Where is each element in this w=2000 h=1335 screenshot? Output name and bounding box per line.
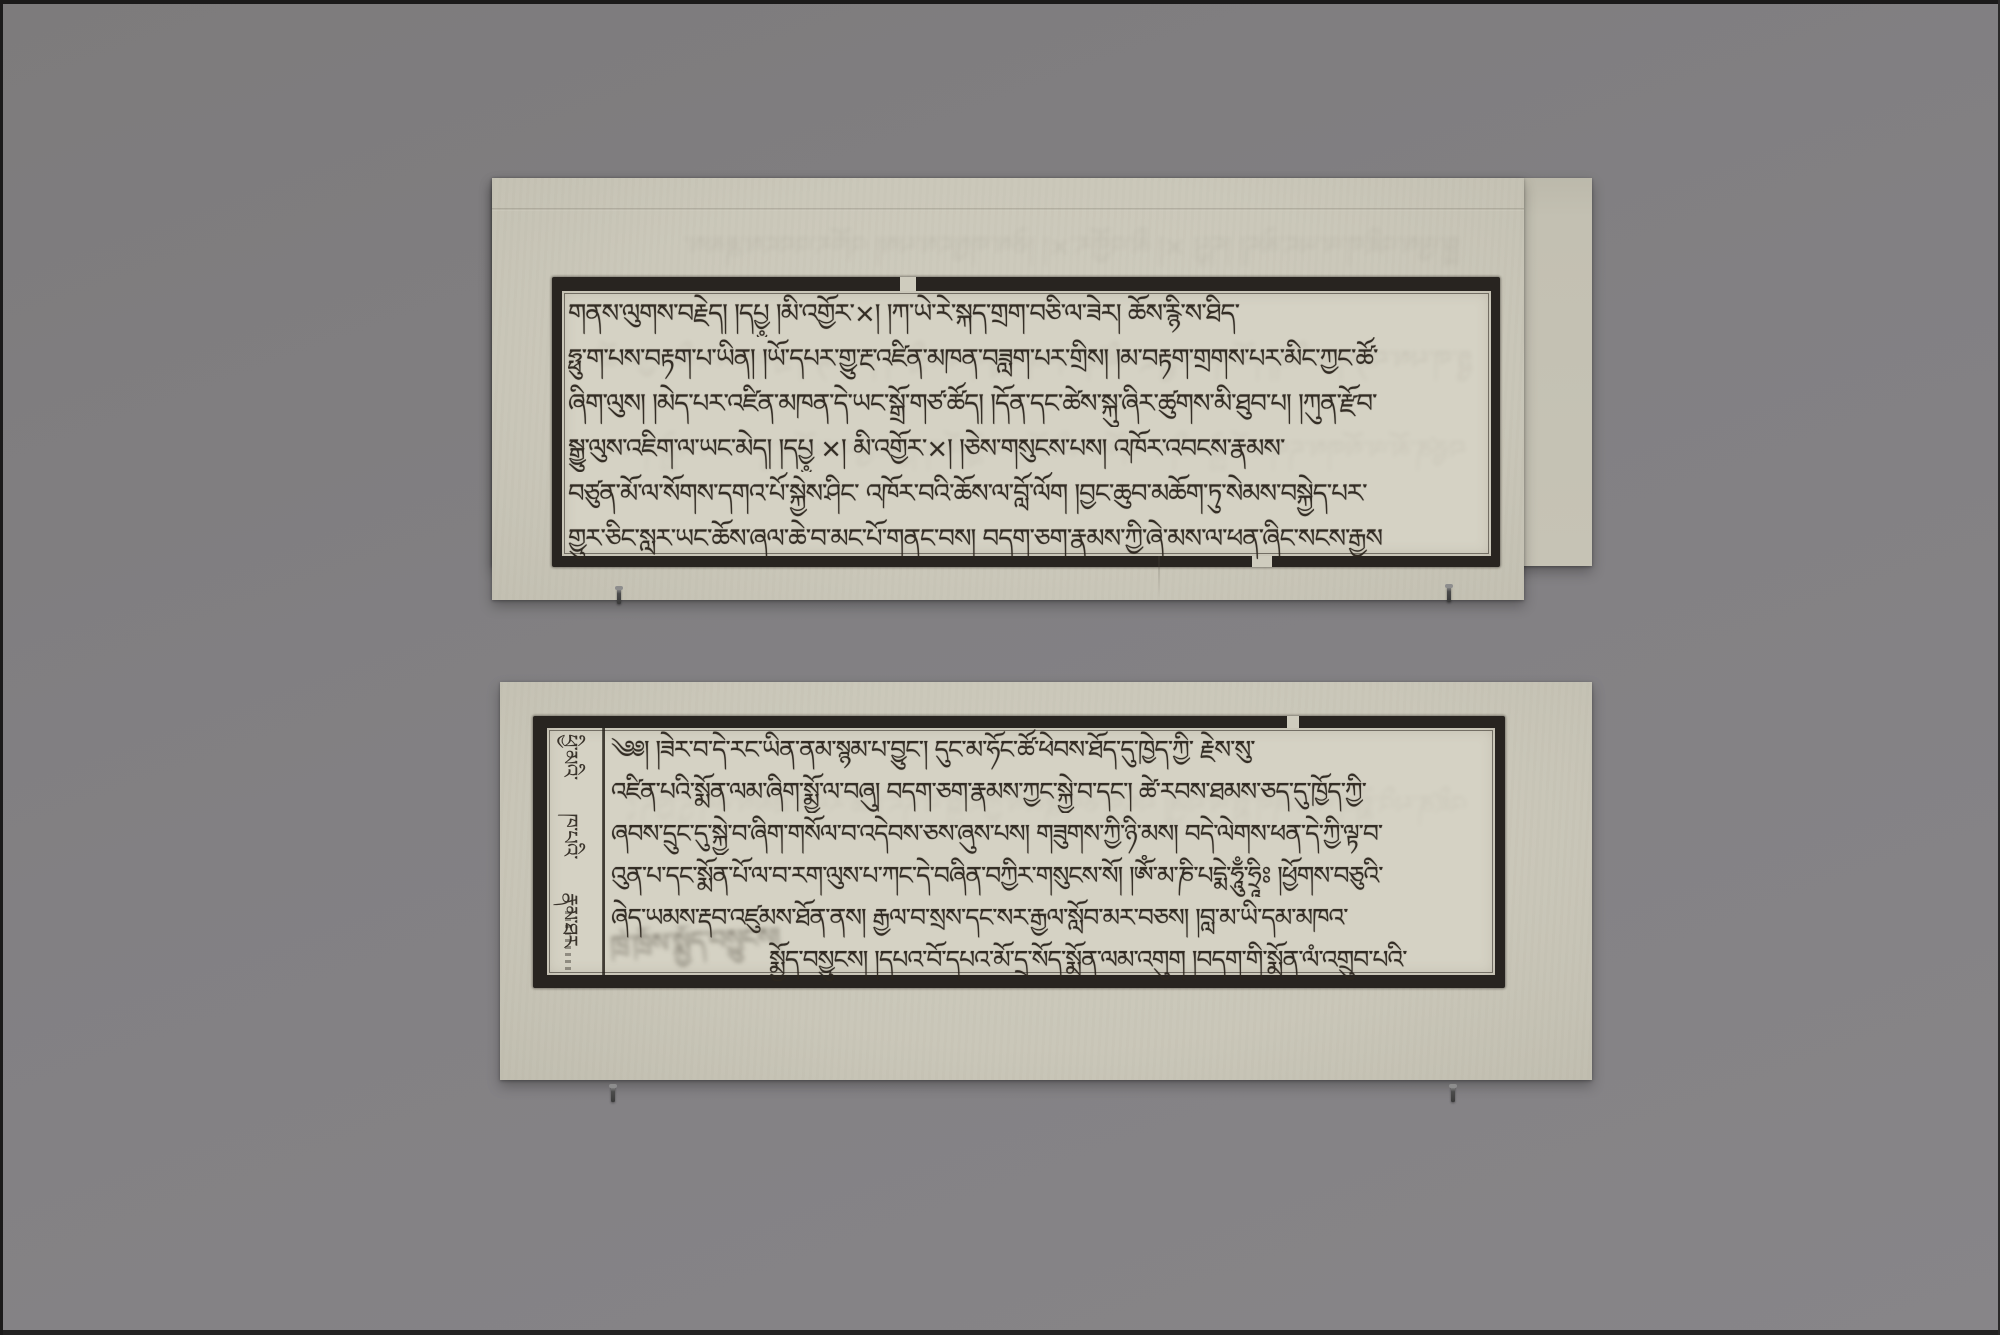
text-line: ཞབས་དྲུང་དུ་སྐྱེ་བ་ཞིག་གསོལ་བ་འདེབས་ཅས་ཞ… bbox=[611, 813, 1489, 855]
paper-crease bbox=[1158, 556, 1160, 598]
mounting-pin bbox=[617, 588, 621, 604]
text-line: ༄༅། །ཟེར་བ་དེ་རང་ཡིན་ནམ་སྙམ་པ་བྱུང་། དུང… bbox=[611, 729, 1489, 771]
photo-edge-top bbox=[0, 0, 2000, 4]
top-folio-fold-line bbox=[492, 208, 1524, 211]
text-line: སྒྱུ་ལུས་འཇིག་ལ་ཡང་མེད། །དཔྱ༵ ×། མི་འགྱོ… bbox=[568, 427, 1485, 472]
top-folio-text-block: གནས་ལུགས་བརྗེད། །དཔྱ༵ །མི་འགྱོར་×། །ཀ་ཡེ… bbox=[562, 291, 1491, 556]
text-line: སྨྱོད་བསྱུངས། །དཔའ་བོ་དཔའ་མོ་དྲ་སོད་སྨོན… bbox=[611, 939, 1489, 981]
frame-break bbox=[1287, 716, 1299, 728]
margin-title-segment: ཁ་པའི་ bbox=[547, 813, 593, 858]
frame-break bbox=[900, 277, 916, 291]
text-line: ཞེད་ཡམས་རྡབ་འཛུམས་ཐོན་ནས། རྒྱལ་བ་སྲས་དང་… bbox=[611, 897, 1489, 939]
bottom-folio-print-frame: ཕྱི་མའི་ ཁ་པའི་ རྣམ་ཐར འཛིན་པའི་སྨོན་ལམ་… bbox=[533, 716, 1505, 988]
text-line: ཞིག་ལུས། །མེད་པར་འཛིན་མཁན་དེ་ཡང་སྒྲོ་གཙ་… bbox=[568, 382, 1485, 427]
bottom-folio-margin-title: ཕྱི་མའི་ ཁ་པའི་ རྣམ་ཐར bbox=[547, 728, 605, 975]
text-line: བཙུན་མོ་ལ་སོགས་དགའ་པོ་སྐྱེས་ཤིང་ འཁོར་བའ… bbox=[568, 472, 1485, 517]
mounting-pin bbox=[1447, 586, 1451, 602]
text-line: ཧྥུ་ག་པས་བརྟག་པ་ཡིན། །ཡོ་དཔར་གྱུ་རྔ་འཛིན… bbox=[568, 337, 1485, 382]
photo-edge-bottom bbox=[0, 1330, 2000, 1335]
text-line: གྱུར་ཅིང་སླར་ཡང་ཆོས་ཞལ་ཆེ་བ་མང་པོ་གནང་བས… bbox=[568, 517, 1485, 562]
margin-title-segment: ཕྱི་མའི་ bbox=[547, 734, 593, 779]
photo-edge-left bbox=[0, 0, 3, 1335]
photograph: སྒྱུ་ལུས་འཇིག་ལ་ཡང་མེད། །དཔྱ༵ ×། མི་འགྱོ… bbox=[0, 0, 2000, 1335]
mounting-pin bbox=[1451, 1086, 1455, 1102]
top-folio-print-frame: ཧྥུ་ག་པས་བརྟག་པ་ཡིན། །ཡོ་དཔར་གྱུ་རྔ་འཛིན… bbox=[552, 277, 1500, 567]
mounting-pin bbox=[611, 1086, 615, 1102]
text-line: འུན་པ་དང་སྨོན་པོ་ལ་བ་རག་ལུས་པ་ཀང་དེ་བཞིན… bbox=[611, 855, 1489, 897]
text-line: གནས་ལུགས་བརྗེད། །དཔྱ༵ །མི་འགྱོར་×། །ཀ་ཡེ… bbox=[568, 292, 1485, 337]
text-line: འཛིན་པའི་སྨོན་ལམ་ཞིག་སྨྱོ་ལ་བཞུ། བདག་ཅག་… bbox=[611, 771, 1489, 813]
margin-marks bbox=[565, 911, 571, 971]
bottom-folio-text-block: ༄༅། །ཟེར་བ་དེ་རང་ཡིན་ནམ་སྙམ་པ་བྱུང་། དུང… bbox=[605, 728, 1495, 975]
